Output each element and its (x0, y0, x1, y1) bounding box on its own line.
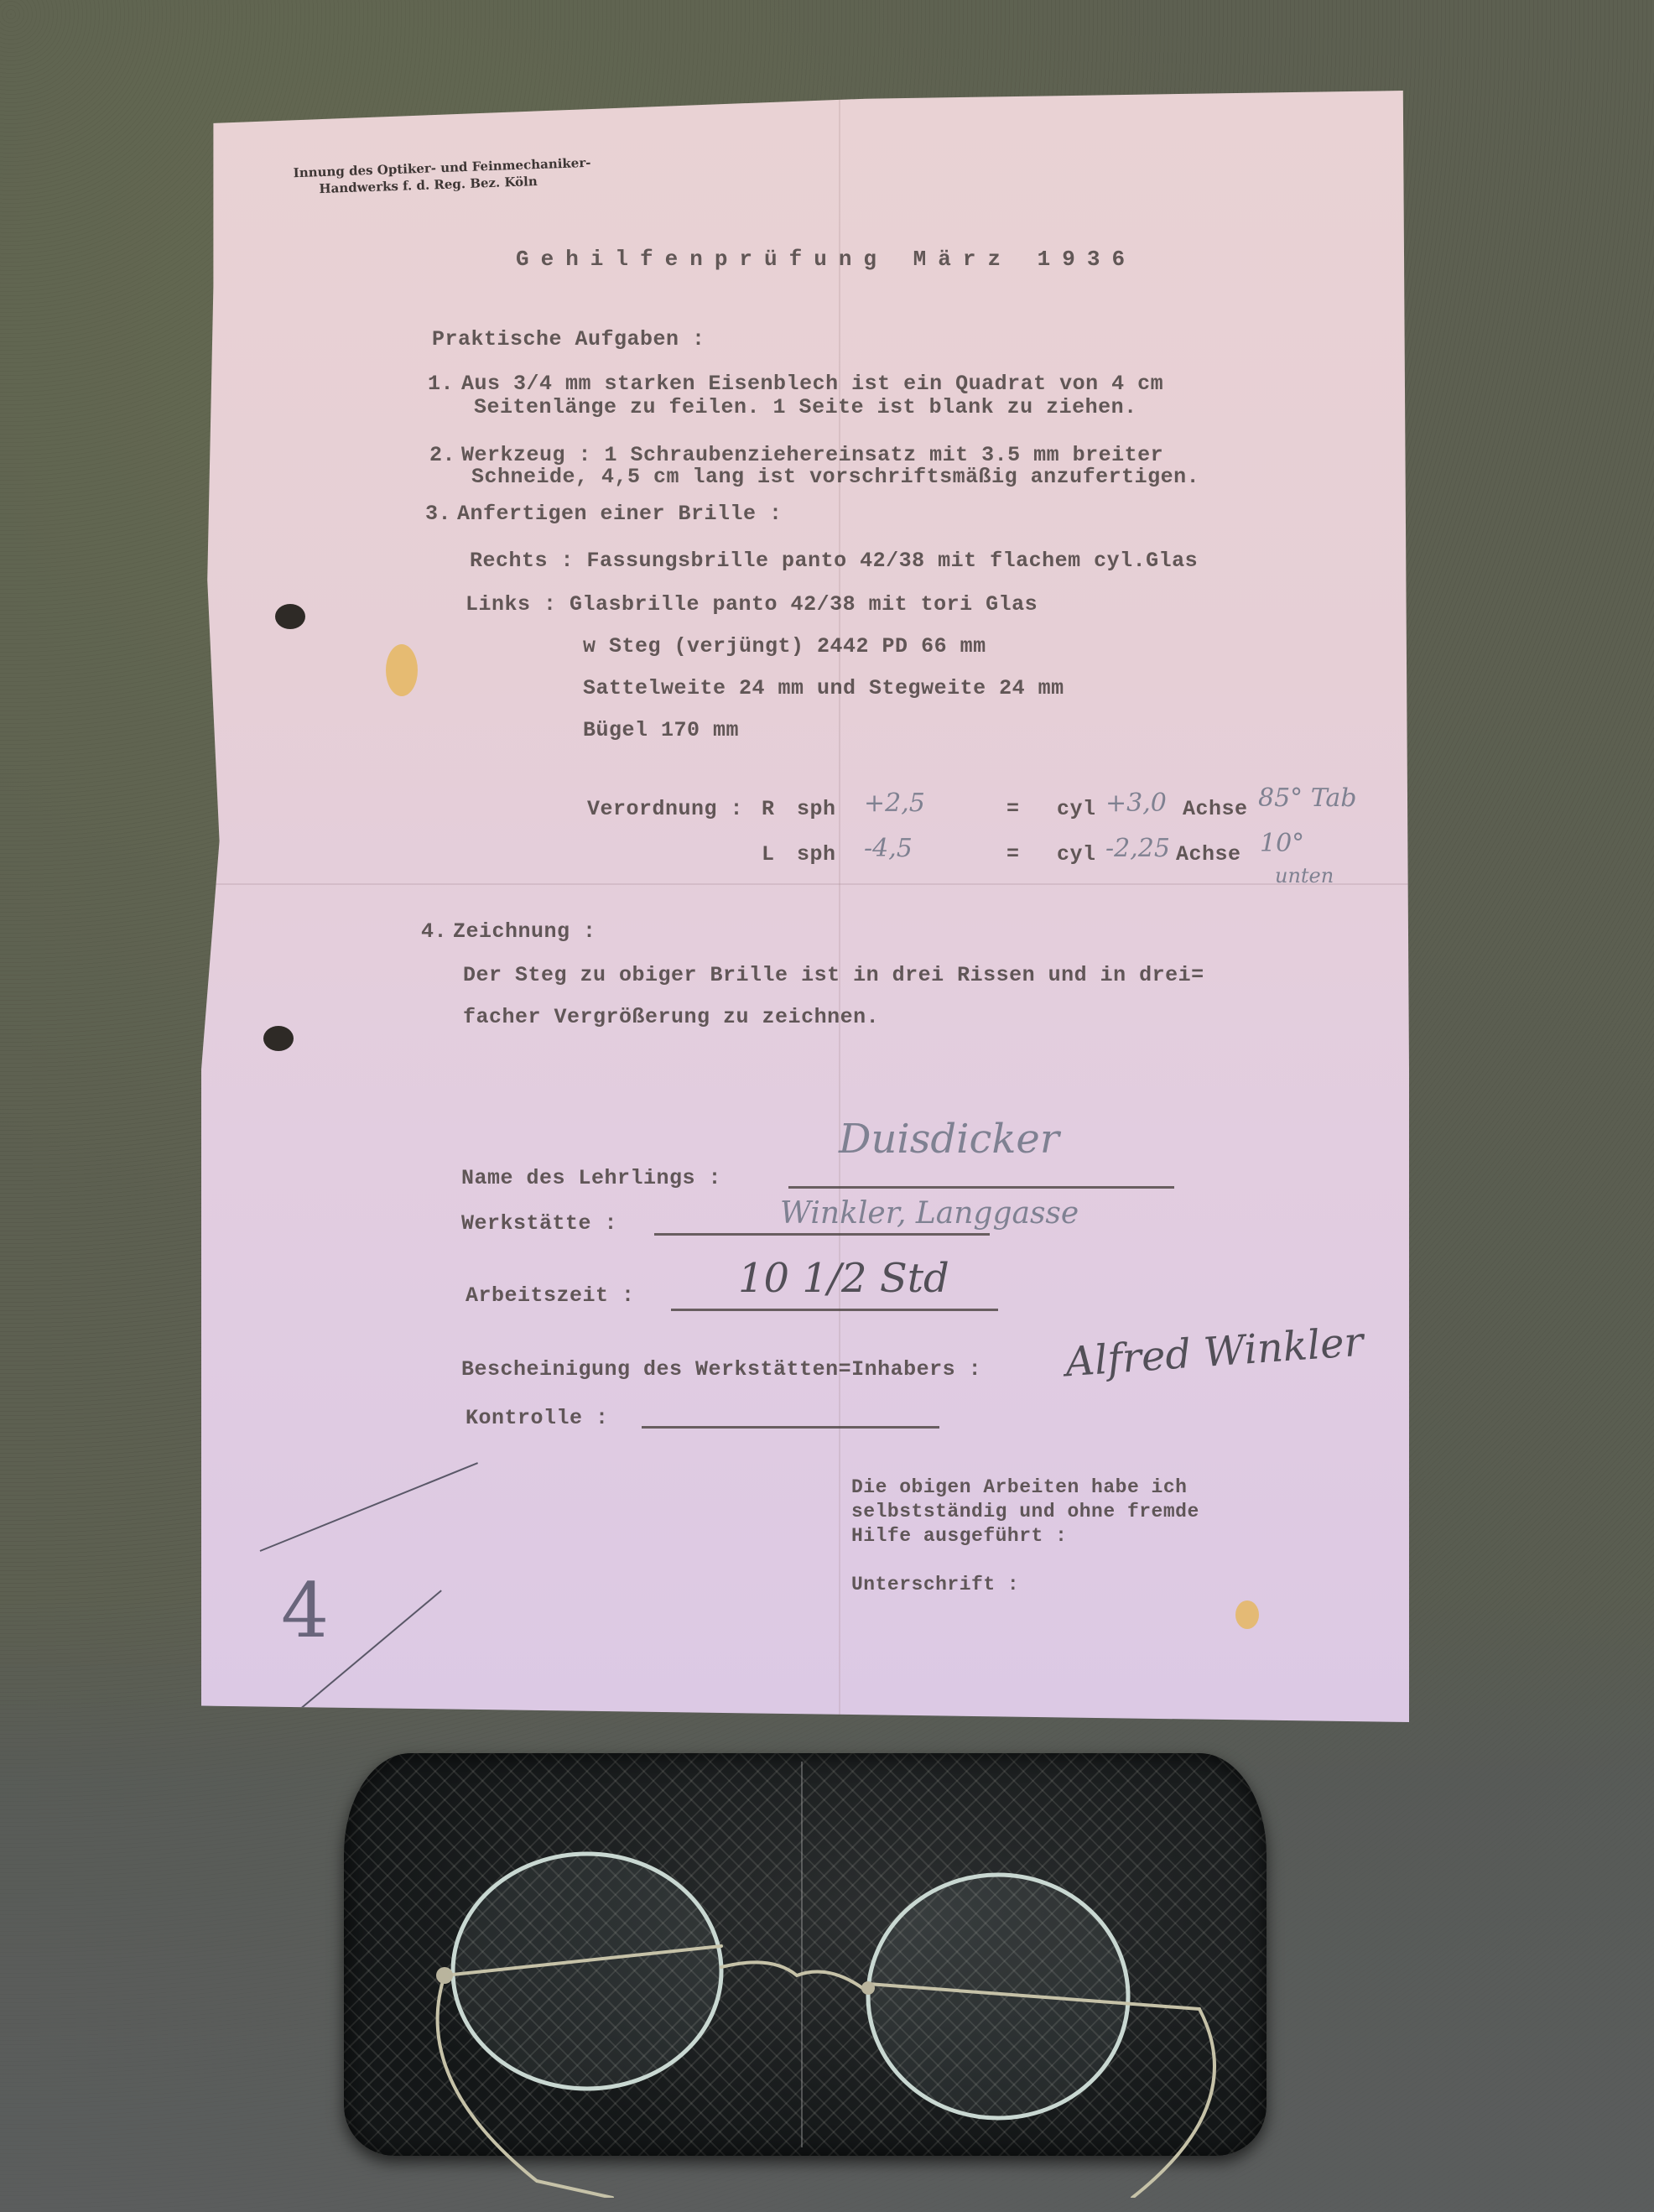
rx-right-cyl-value: +3,0 (1105, 789, 1167, 818)
declaration-line-2: selbstständig und ohne fremde (851, 1501, 1199, 1522)
declaration-line-3: Hilfe ausgeführt : (851, 1525, 1067, 1547)
rx-right-eye: R (762, 797, 775, 821)
task-4-line-1: Der Steg zu obiger Brille ist in drei Ri… (463, 963, 1204, 987)
task-3-detail-2: Sattelweite 24 mm und Stegweite 24 mm (583, 676, 1064, 700)
stain-spot (386, 644, 418, 696)
control-line (642, 1426, 939, 1429)
apprentice-name-label: Name des Lehrlings : (461, 1166, 721, 1190)
rx-left-axis-note: unten (1275, 864, 1334, 887)
rx-right-sph-label: sph (797, 797, 836, 821)
signature-label: Unterschrift : (851, 1574, 1019, 1595)
task-1-number: 1. (428, 372, 454, 396)
rx-left-eye: L (762, 842, 775, 867)
rx-right-sph-value: +2,5 (864, 789, 925, 818)
working-time-label: Arbeitszeit : (466, 1283, 635, 1308)
task-1-line-2: Seitenlänge zu feilen. 1 Seite ist blank… (474, 395, 1137, 419)
fold-line-vertical (839, 91, 840, 1722)
task-1-line-1: Aus 3/4 mm starken Eisenblech ist ein Qu… (461, 372, 1163, 396)
task-3-detail-3: Bügel 170 mm (583, 718, 739, 742)
task-2-number: 2. (429, 443, 455, 467)
workshop-value: Winkler, Langgasse (780, 1196, 1079, 1231)
task-2-line-1: Werkzeug : 1 Schraubenziehereinsatz mit … (461, 443, 1163, 467)
pencil-mark-4: 4 (281, 1567, 329, 1655)
rx-left-axis-value: 10° (1260, 829, 1304, 858)
task-2-line-2: Schneide, 4,5 cm lang ist vorschriftsmäß… (471, 465, 1199, 489)
page-title: Gehilfenprüfung März 1936 (516, 247, 1136, 272)
rx-right-eq: = (1006, 797, 1020, 821)
section-heading: Praktische Aufgaben : (432, 327, 705, 351)
apprentice-name-line (788, 1186, 1174, 1189)
rx-right-axis-label: Achse (1183, 797, 1248, 821)
task-3-heading: Anfertigen einer Brille : (457, 502, 783, 526)
spectacles-icon (394, 1829, 1250, 2198)
certification-signature: Alfred Winkler (1064, 1319, 1365, 1387)
exam-document: Innung des Optiker- und Feinmechaniker- … (201, 91, 1409, 1722)
letterhead: Innung des Optiker- und Feinmechaniker- … (293, 154, 591, 198)
task-3-detail-1: w Steg (verjüngt) 2442 PD 66 mm (583, 634, 986, 658)
rx-left-eq: = (1006, 842, 1020, 867)
stain-spot (1235, 1600, 1259, 1629)
apprentice-name-value: Duisdicker (839, 1116, 1059, 1163)
rx-left-cyl-label: cyl (1057, 842, 1096, 867)
control-label: Kontrolle : (466, 1406, 609, 1430)
task-4-line-2: facher Vergrößerung zu zeichnen. (463, 1005, 879, 1029)
task-3-links: Links : Glasbrille panto 42/38 mit tori … (466, 592, 1038, 617)
rx-left-axis-label: Achse (1176, 842, 1241, 867)
fold-line-horizontal (201, 883, 1409, 885)
certification-label: Bescheinigung des Werkstätten=Inhabers : (461, 1357, 981, 1382)
rx-right-cyl-label: cyl (1057, 797, 1096, 821)
punch-hole-bottom (263, 1026, 294, 1051)
workshop-line (654, 1233, 990, 1236)
rx-left-sph-value: -4,5 (864, 834, 913, 863)
working-time-line (671, 1309, 998, 1311)
task-3-rechts: Rechts : Fassungsbrille panto 42/38 mit … (470, 549, 1198, 573)
punch-hole-top (275, 604, 305, 629)
pencil-stroke-top (260, 1462, 478, 1552)
rx-left-sph-label: sph (797, 842, 836, 867)
prescription-label: Verordnung : (587, 797, 743, 821)
task-3-number: 3. (425, 502, 451, 526)
task-4-number: 4. (421, 919, 447, 944)
declaration-line-1: Die obigen Arbeiten habe ich (851, 1476, 1187, 1498)
rx-right-axis-value: 85° Tab (1258, 783, 1356, 813)
workshop-label: Werkstätte : (461, 1211, 617, 1236)
rx-left-cyl-value: -2,25 (1105, 834, 1170, 863)
task-4-heading: Zeichnung : (453, 919, 596, 944)
working-time-value: 10 1/2 Std (738, 1255, 949, 1302)
